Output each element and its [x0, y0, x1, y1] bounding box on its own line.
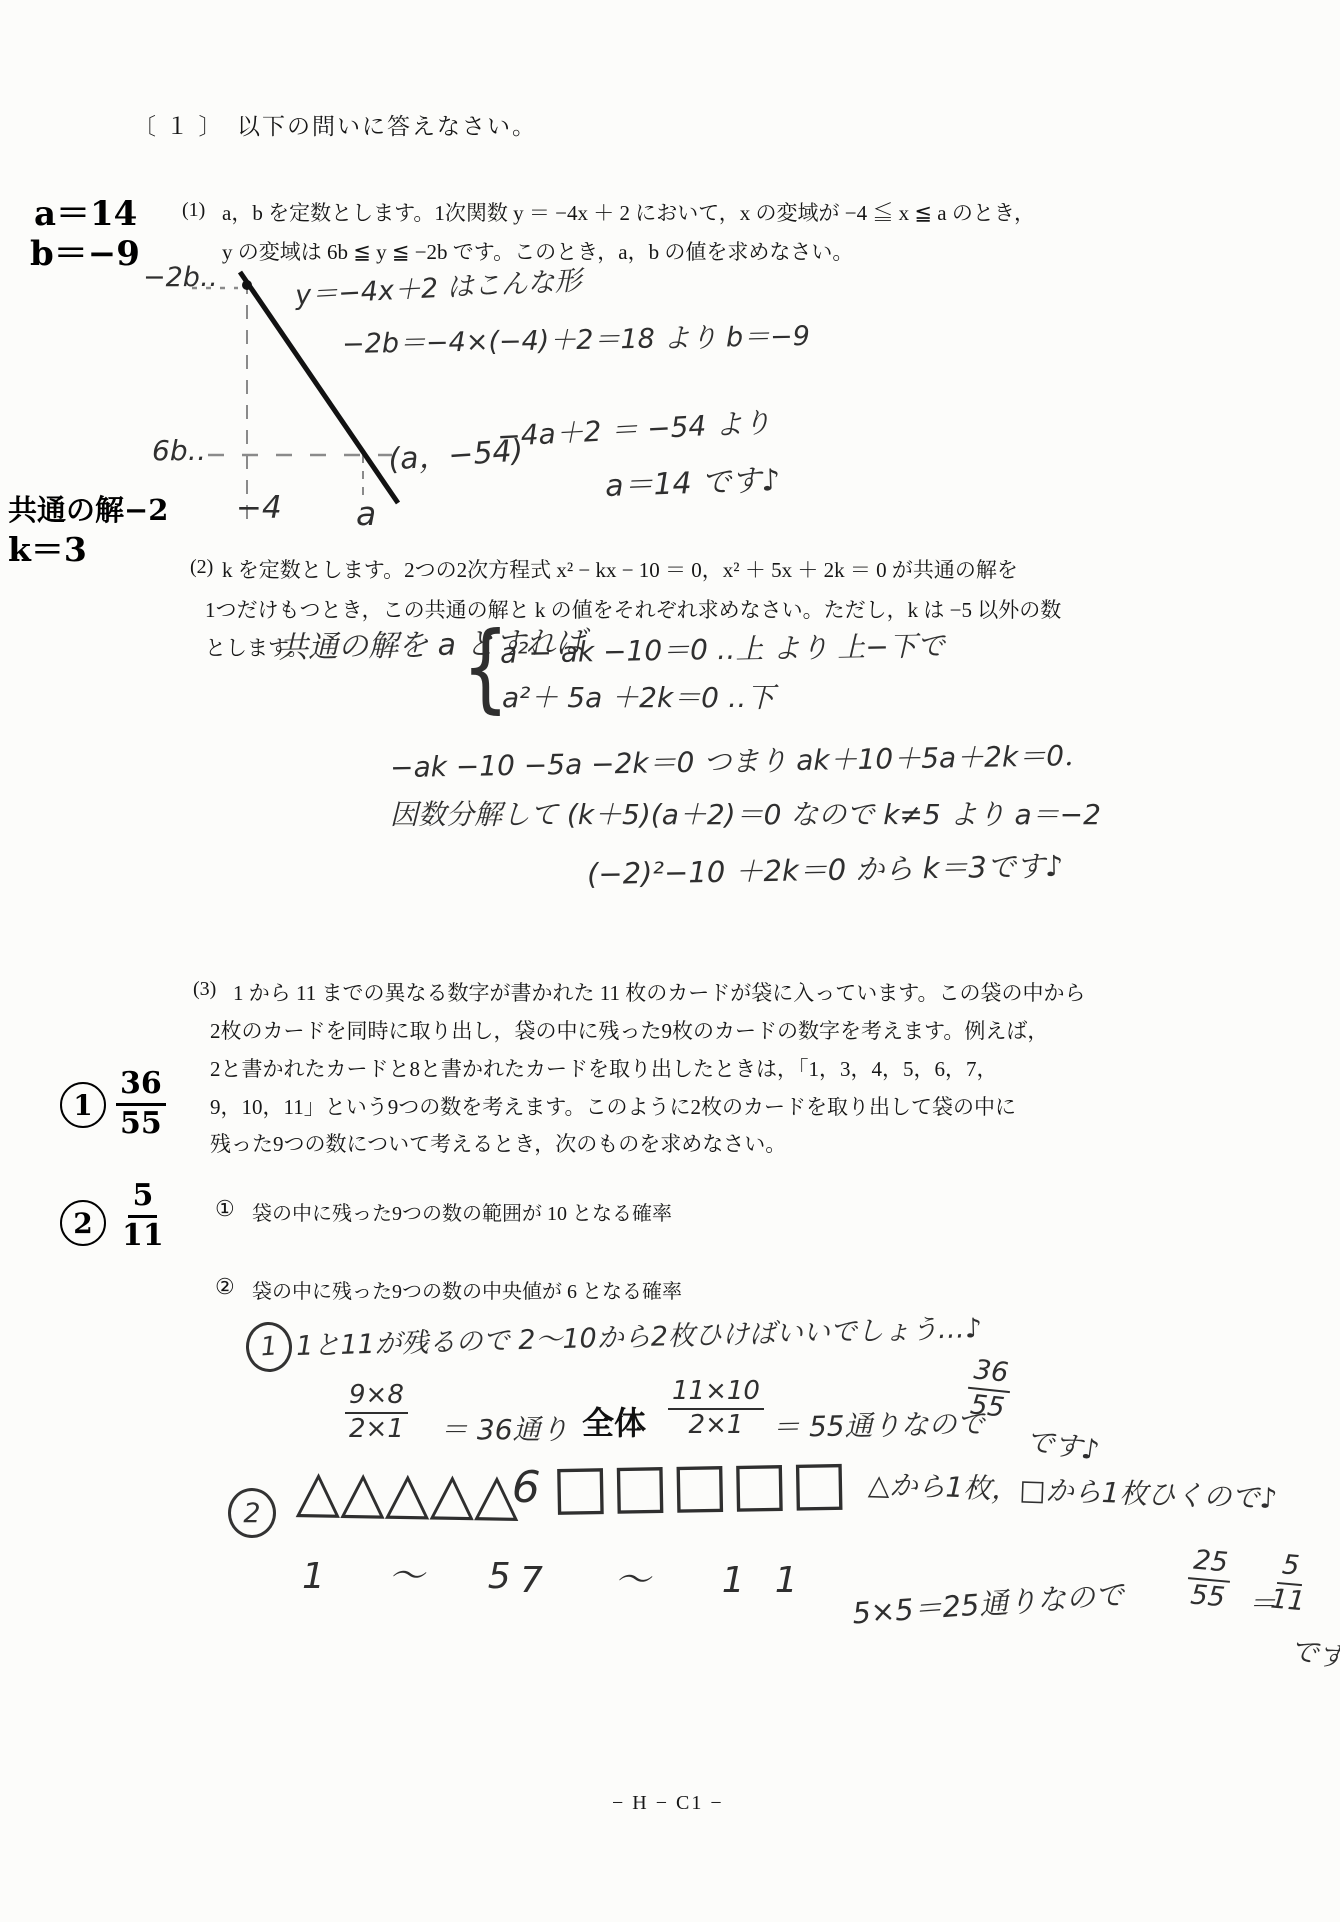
hand-p2-step2: 因数分解して (k＋5)(a＋2)＝0 なので k≠5 より a＝−2	[390, 793, 1101, 833]
fraction-denominator: 55	[120, 1106, 162, 1140]
section-title: 〔 １ 〕 以下の問いに答えなさい。	[133, 108, 537, 141]
fraction-denominator: 2×1	[349, 1414, 404, 1443]
margin-answer3-2-circle: 2	[60, 1200, 106, 1246]
graph-label-minus2b: −2b‥	[143, 262, 218, 293]
hand-fraction-11x10-over-2x1: 11×10 2×1	[668, 1378, 764, 1440]
problem2-line1: k を定数とします。2つの2次方程式 x² − kx − 10 ＝ 0，x² ＋…	[222, 554, 1018, 584]
hand-p2-system-bottom: a²＋ 5a ＋2k＝0 ‥下	[502, 676, 775, 716]
hand-p1-eq-b: −2b＝−4×(−4)＋2＝18 より b＝−9	[342, 314, 810, 361]
scanned-exam-page: 〔 １ 〕 以下の問いに答えなさい。 a＝14 b＝−9 (1) a，b を定数…	[0, 0, 1340, 1922]
hand-fraction-25-over-55: 25 55	[1185, 1546, 1233, 1613]
hand-p1-eq-a1: −4a＋2 ＝ −54 より	[496, 401, 772, 455]
fraction-numerator: 36	[116, 1068, 166, 1106]
graph-label-6b: 6b‥	[152, 434, 206, 467]
margin-answer3-2-fraction: 5 11	[122, 1180, 164, 1251]
problem3-line4: 9，10，11」という9つの数を考えます。このように2枚のカードを取り出して袋の…	[210, 1091, 1016, 1121]
hand-p3-1-line: 1と11が残るので 2〜10から2枚ひけばいいでしょう…♪	[296, 1306, 983, 1363]
hand-p1-eq-a2: a＝14 です♪	[604, 455, 781, 505]
problem3-sub1-label: ①	[215, 1196, 235, 1222]
fraction-numerator: 5	[1276, 1551, 1304, 1586]
margin-answer-b: b＝−9	[30, 226, 140, 275]
fraction-denominator: 2×1	[689, 1410, 744, 1439]
hand-p3-1-circle: 1	[244, 1320, 293, 1373]
problem3-sub2-label: ②	[215, 1274, 235, 1300]
problem2-line2: 1つだけもつとき，この共通の解と k の値をそれぞれ求めなさい。ただし，k は …	[205, 594, 1061, 624]
hand-p3-1-zentai: 全体	[582, 1398, 646, 1444]
hand-p2-system-top: a²− ak −10＝0 ‥上 より 上−下で	[500, 624, 945, 672]
hand-fraction-36-over-55: 36 55	[965, 1356, 1014, 1424]
problem2-number: (2)	[190, 556, 213, 579]
fraction-denominator: 55	[1189, 1580, 1226, 1613]
fraction-numerator: 11×10	[668, 1378, 764, 1410]
hand-p3-1-suffix: です♪	[1024, 1419, 1103, 1469]
hand-p3-2-note2: 5×5＝25通りなので	[851, 1573, 1125, 1633]
range-7-to-11: 7 〜 11	[520, 1552, 828, 1603]
problem3-sub1-text: 袋の中に残った9つの数の範囲が 10 となる確率	[252, 1197, 672, 1226]
hand-p3-1-eq55: ＝ 55通りなので	[772, 1402, 985, 1446]
hand-p2-step1: −ak −10 −5a −2k＝0 つまり ak＋10＋5a＋2k＝0．	[390, 734, 1093, 786]
fraction-numerator: 5	[128, 1180, 157, 1218]
margin-answer-k: k＝3	[8, 524, 87, 571]
fraction-numerator: 25	[1188, 1546, 1233, 1583]
hand-fraction-5-over-11: 5 11	[1269, 1551, 1309, 1617]
problem1-number: (1)	[182, 199, 205, 222]
graph-endpoint-dot	[242, 280, 252, 290]
problem1-line1: a，b を定数とします。1次関数 y ＝ −4x ＋ 2 において，x の変域が…	[222, 197, 1035, 227]
problem3-line1: 1 から 11 までの異なる数字が書かれた 11 枚のカードが袋に入っています。…	[233, 977, 1086, 1007]
hand-p3-1-eq36: ＝ 36通り	[440, 1408, 569, 1448]
triangle-cards-row: △△△△△	[295, 1456, 519, 1528]
page-footer-code: − H − C1 −	[612, 1792, 724, 1815]
card-6: 6	[511, 1461, 542, 1513]
margin-answer3-1-circle: 1	[60, 1082, 106, 1128]
problem3-sub2-text: 袋の中に残った9つの数の中央値が 6 となる確率	[252, 1275, 682, 1304]
problem3-number: (3)	[193, 978, 216, 1001]
fraction-denominator: 55	[969, 1390, 1006, 1424]
margin-answer-common-solution: 共通の解−2	[8, 488, 168, 529]
hand-p3-2-suffix: です♪	[1287, 1628, 1340, 1680]
graph-label-minus4: −4	[236, 490, 282, 526]
square-cards-row: □□□□□	[551, 1447, 851, 1522]
fraction-numerator: 36	[968, 1356, 1014, 1394]
fraction-denominator: 11	[122, 1218, 164, 1252]
margin-answer3-1-fraction: 36 55	[116, 1068, 166, 1139]
hand-p2-step3: (−2)²−10 ＋2k＝0 から k＝3です♪	[587, 844, 1064, 893]
range-1-to-5: 1 〜 5	[302, 1548, 537, 1599]
problem3-line3: 2と書かれたカードと8と書かれたカードを取り出したときは，「1，3，4，5，6，…	[210, 1053, 998, 1083]
hand-p3-2-note1: △から1枚，□から1枚ひくので♪	[867, 1463, 1278, 1517]
graph-label-a: a	[356, 494, 376, 533]
fraction-numerator: 9×8	[345, 1382, 408, 1414]
hand-fraction-9x8-over-2x1: 9×8 2×1	[345, 1382, 408, 1444]
problem3-line5: 残った9つの数について考えるとき，次のものを求めなさい。	[210, 1128, 786, 1158]
problem3-line2: 2枚のカードを同時に取り出し，袋の中に残った9枚のカードの数字を考えます。例えば…	[210, 1015, 1048, 1045]
hand-p3-2-circle: 2	[228, 1488, 276, 1538]
fraction-denominator: 11	[1269, 1584, 1306, 1617]
